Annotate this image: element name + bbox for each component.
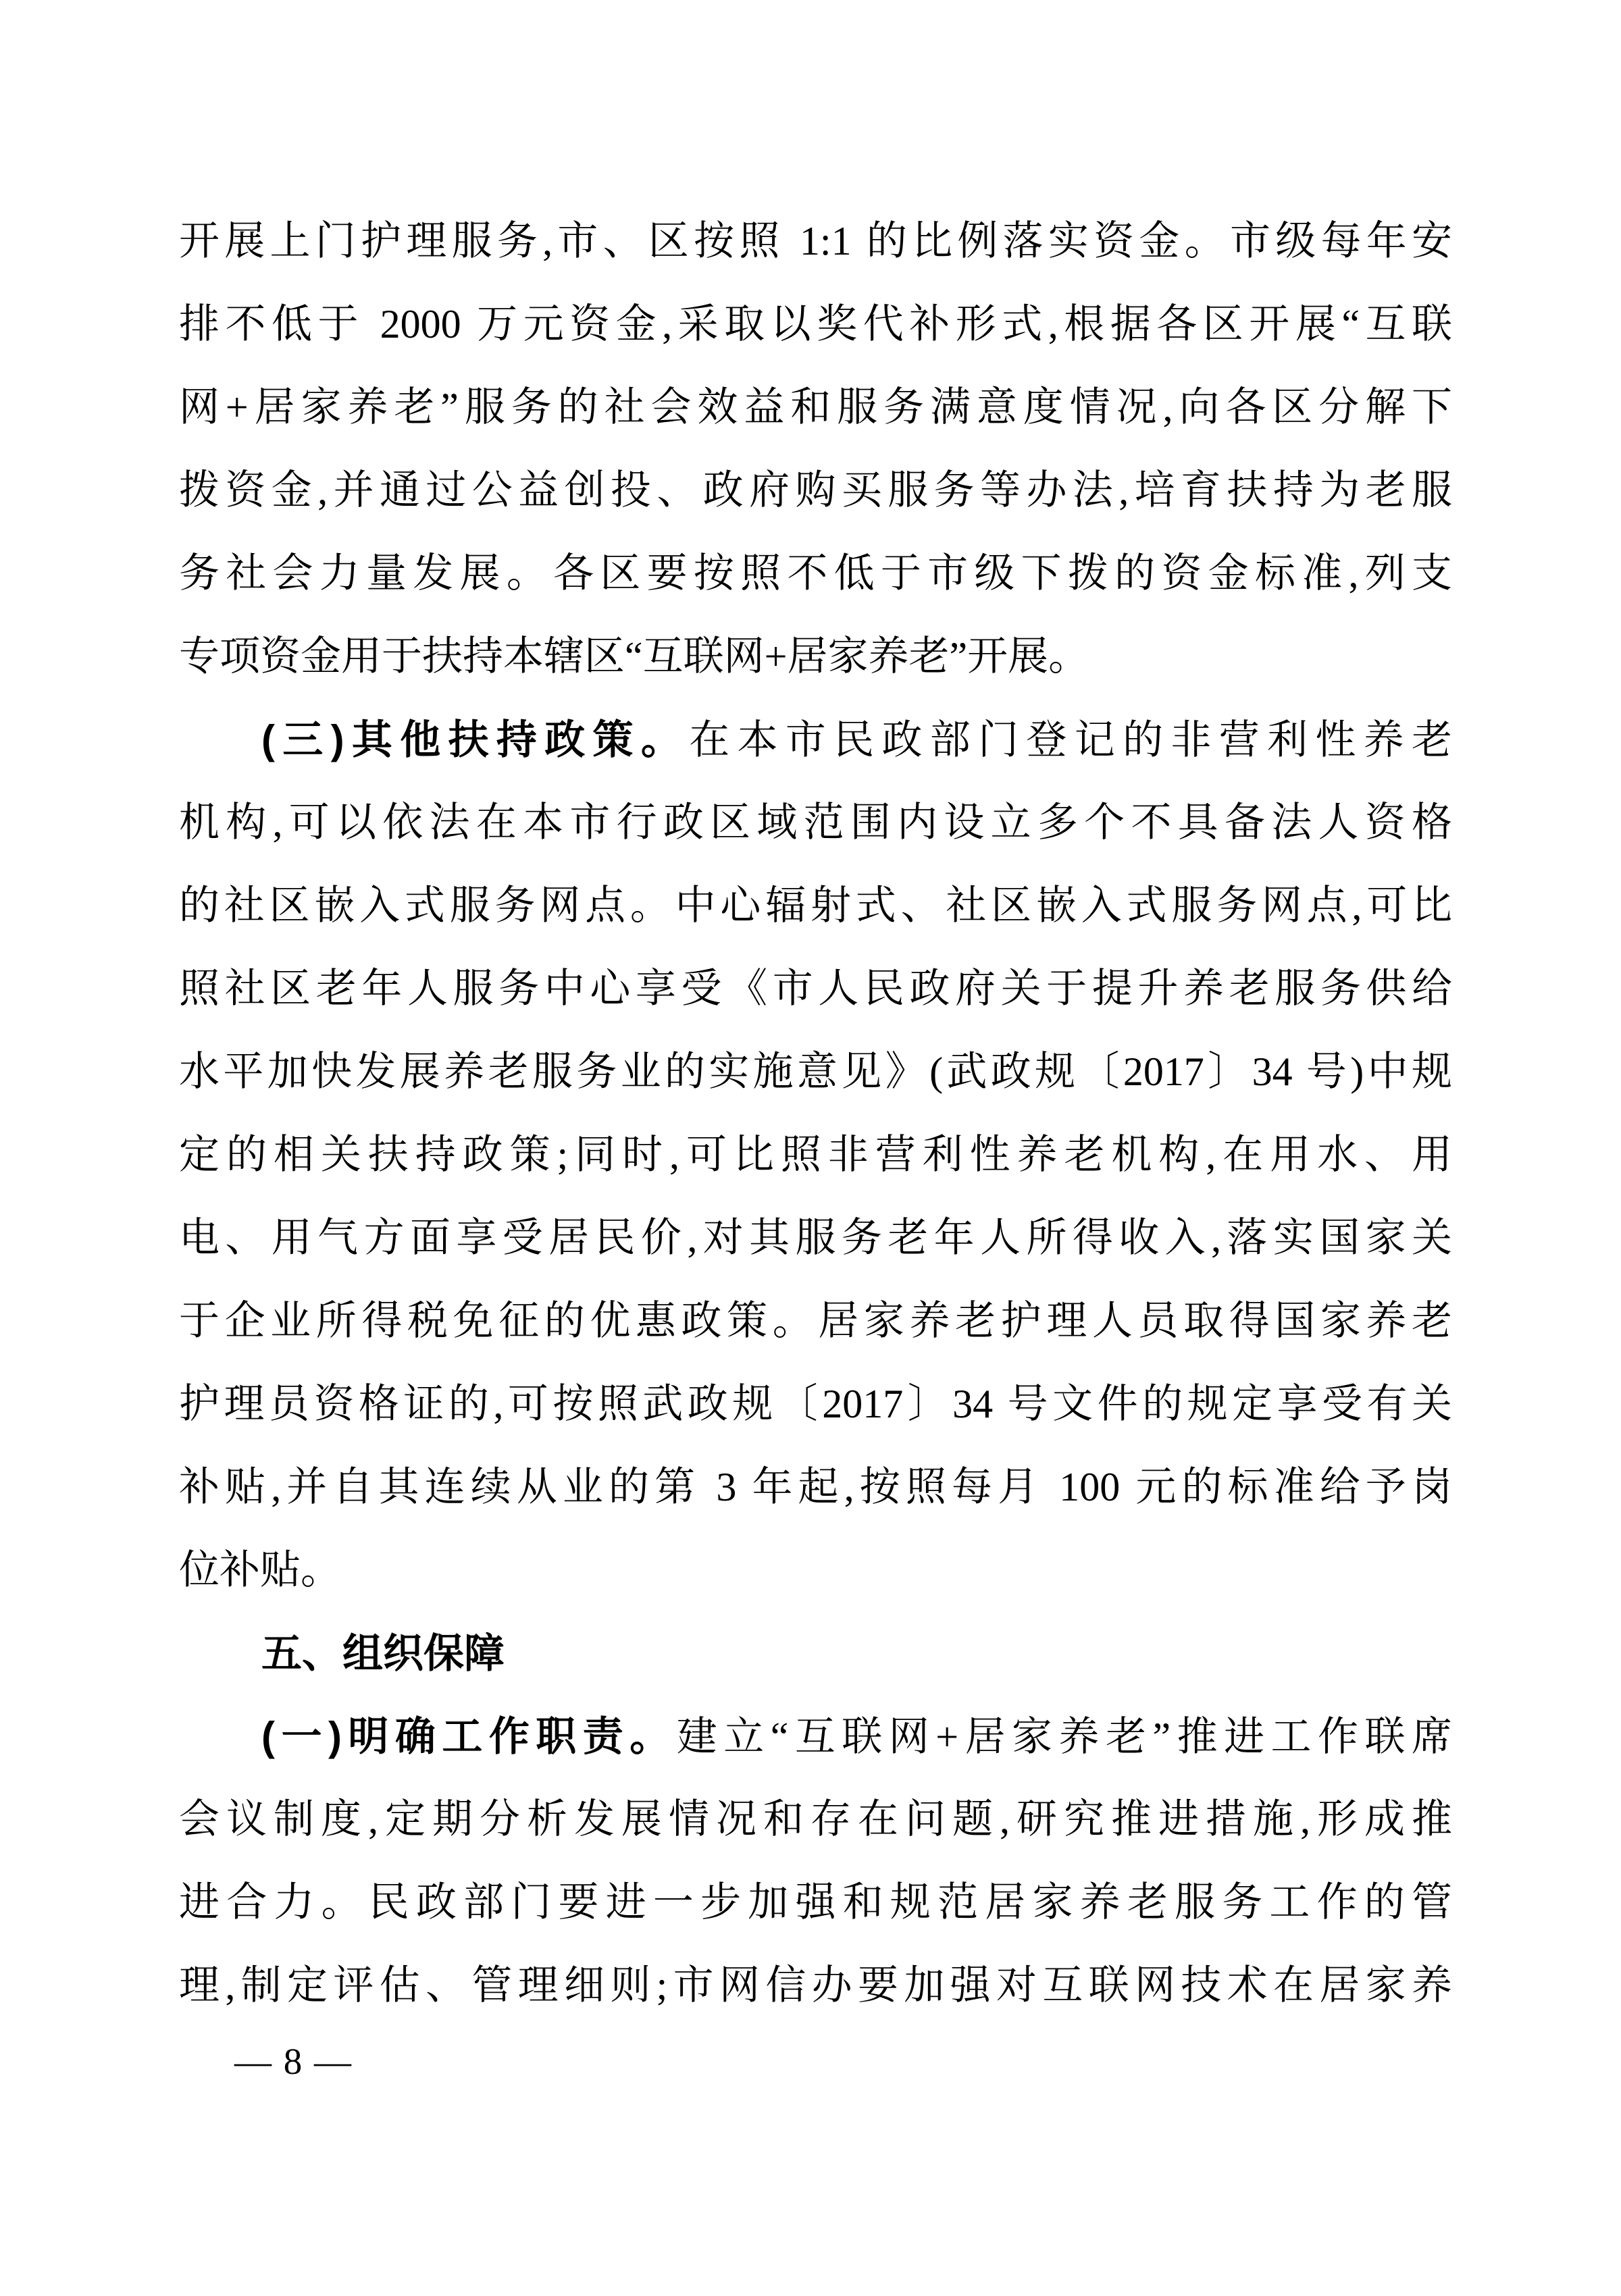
body-text: 于企业所得税免征的优惠政策。居家养老护理人员取得国家养老: [179, 1299, 1452, 1343]
body-text: 水平加快发展养老服务业的实施意见》(武政规〔2017〕34 号)中规: [179, 1049, 1452, 1094]
body-text: 拨资金,并通过公益创投、政府购买服务等办法,培育扶持为老服: [179, 468, 1452, 513]
body-text: 会议制度,定期分析发展情况和存在问题,研究推进措施,形成推: [179, 1797, 1452, 1842]
body-text: 定的相关扶持政策;同时,可比照非营利性养老机构,在用水、用: [179, 1132, 1452, 1177]
body-text: 网+居家养老”服务的社会效益和服务满意度情况,向各区分解下: [179, 385, 1452, 429]
text-line: 定的相关扶持政策;同时,可比照非营利性养老机构,在用水、用: [179, 1114, 1452, 1197]
body-text: 务社会力量发展。各区要按照不低于市级下拨的资金标准,列支: [179, 551, 1452, 596]
body-text: 位补贴。: [179, 1548, 341, 1592]
emphasis-text: (三)其他扶持政策。: [261, 717, 689, 762]
body-text: 补贴,并自其连续从业的第 3 年起,按照每月 100 元的标准给予岗: [179, 1465, 1452, 1509]
body-text: 电、用气方面享受居民价,对其服务老年人所得收入,落实国家关: [179, 1216, 1452, 1260]
body-text: 理,制定评估、管理细则;市网信办要加强对互联网技术在居家养: [179, 1963, 1452, 2008]
text-line: 拨资金,并通过公益创投、政府购买服务等办法,培育扶持为老服: [179, 449, 1452, 532]
text-line: 位补贴。: [179, 1529, 1452, 1612]
text-line: 务社会力量发展。各区要按照不低于市级下拨的资金标准,列支: [179, 532, 1452, 615]
body-text: 护理员资格证的,可按照武政规〔2017〕34 号文件的规定享受有关: [179, 1382, 1452, 1426]
text-line: (三)其他扶持政策。在本市民政部门登记的非营利性养老: [179, 698, 1452, 781]
body-text: 排不低于 2000 万元资金,采取以奖代补形式,根据各区开展“互联: [179, 302, 1452, 346]
body-text: 机构,可以依法在本市行政区域范围内设立多个不具备法人资格: [179, 800, 1452, 845]
emphasis-text: 五、组织保障: [261, 1631, 505, 1676]
body-text: 照社区老年人服务中心享受《市人民政府关于提升养老服务供给: [179, 966, 1452, 1011]
text-line: 会议制度,定期分析发展情况和存在问题,研究推进措施,形成推: [179, 1778, 1452, 1861]
text-line: 理,制定评估、管理细则;市网信办要加强对互联网技术在居家养: [179, 1944, 1452, 2027]
emphasis-text: (一)明确工作职责。: [261, 1714, 677, 1759]
text-line: 网+居家养老”服务的社会效益和服务满意度情况,向各区分解下: [179, 366, 1452, 449]
body-text: 在本市民政部门登记的非营利性养老: [689, 718, 1452, 762]
text-line: 进合力。民政部门要进一步加强和规范居家养老服务工作的管: [179, 1861, 1452, 1944]
body-text: 建立“互联网+居家养老”推进工作联席: [677, 1715, 1452, 1759]
text-line: 的社区嵌入式服务网点。中心辐射式、社区嵌入式服务网点,可比: [179, 864, 1452, 947]
text-line: 机构,可以依法在本市行政区域范围内设立多个不具备法人资格: [179, 781, 1452, 864]
body-text: 开展上门护理服务,市、区按照 1:1 的比例落实资金。市级每年安: [179, 219, 1452, 263]
text-line: 开展上门护理服务,市、区按照 1:1 的比例落实资金。市级每年安: [179, 200, 1452, 283]
text-line: 水平加快发展养老服务业的实施意见》(武政规〔2017〕34 号)中规: [179, 1030, 1452, 1114]
text-line: 电、用气方面享受居民价,对其服务老年人所得收入,落实国家关: [179, 1197, 1452, 1280]
document-page: 开展上门护理服务,市、区按照 1:1 的比例落实资金。市级每年安排不低于 200…: [0, 0, 1621, 2296]
text-line: 专项资金用于扶持本辖区“互联网+居家养老”开展。: [179, 615, 1452, 698]
text-line: 护理员资格证的,可按照武政规〔2017〕34 号文件的规定享受有关: [179, 1363, 1452, 1446]
text-line: 照社区老年人服务中心享受《市人民政府关于提升养老服务供给: [179, 947, 1452, 1030]
document-body: 开展上门护理服务,市、区按照 1:1 的比例落实资金。市级每年安排不低于 200…: [179, 200, 1452, 2027]
text-line: 于企业所得税免征的优惠政策。居家养老护理人员取得国家养老: [179, 1280, 1452, 1363]
text-line: (一)明确工作职责。建立“互联网+居家养老”推进工作联席: [179, 1695, 1452, 1778]
body-text: 进合力。民政部门要进一步加强和规范居家养老服务工作的管: [179, 1880, 1452, 1925]
body-text: 的社区嵌入式服务网点。中心辐射式、社区嵌入式服务网点,可比: [179, 883, 1452, 928]
section-heading: 五、组织保障: [179, 1612, 1452, 1695]
text-line: 排不低于 2000 万元资金,采取以奖代补形式,根据各区开展“互联: [179, 283, 1452, 366]
body-text: 专项资金用于扶持本辖区“互联网+居家养老”开展。: [179, 634, 1089, 679]
text-line: 补贴,并自其连续从业的第 3 年起,按照每月 100 元的标准给予岗: [179, 1446, 1452, 1529]
page-number: — 8 —: [234, 2038, 353, 2085]
